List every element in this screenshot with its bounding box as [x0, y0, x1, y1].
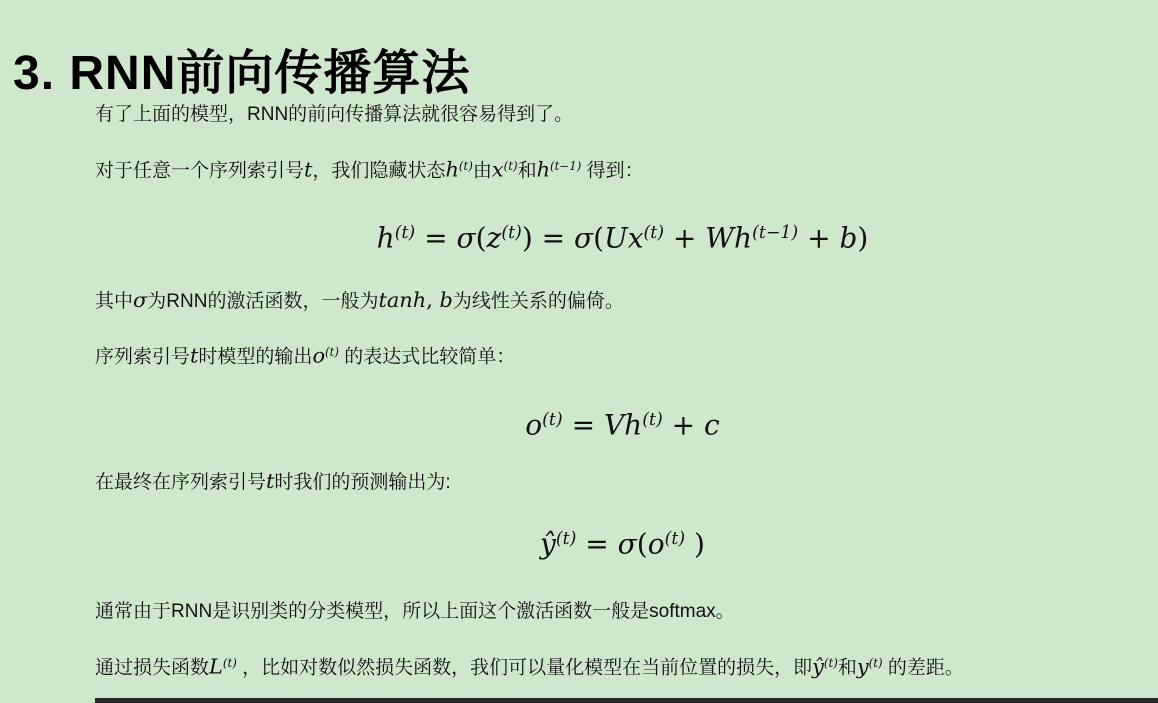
paragraph-hidden-state: 对于任意一个序列索引号t，我们隐藏状态h(t)由x(t)和h(t−1) 得到：: [95, 151, 1150, 186]
math-operator: +: [798, 222, 839, 255]
text-run: 为线性关系的偏倚。: [453, 291, 624, 312]
math-operator: +: [664, 222, 705, 255]
math-operator: (: [476, 222, 487, 255]
math-variable: b: [440, 288, 453, 312]
math-operator: (: [593, 222, 604, 255]
math-superscript: (t): [665, 529, 686, 549]
math-superscript: (t): [223, 656, 237, 670]
math-operator: =: [563, 409, 604, 442]
paragraph-activation: 其中σ为RNN的激活函数，一般为tanh, b为线性关系的偏倚。: [95, 285, 1150, 317]
text-run: 时模型的输出: [198, 346, 312, 367]
math-variable: Wh: [705, 222, 752, 255]
math-superscript: (t): [325, 345, 339, 359]
text-run: 和: [838, 657, 857, 678]
math-superscript: (t): [869, 656, 883, 670]
text-run: 对于任意一个序列索引号: [95, 160, 304, 181]
paragraph-intro: 有了上面的模型，RNN的前向传播算法就很容易得到了。: [95, 100, 1150, 130]
math-variable: σ: [574, 222, 593, 255]
math-operator: ,: [426, 288, 439, 312]
text-run: 的差距。: [883, 657, 964, 678]
math-superscript: (t−1): [550, 159, 581, 173]
math-superscript: (t): [824, 656, 838, 670]
math-operator: ): [857, 222, 868, 255]
text-run: 由: [473, 160, 492, 181]
math-variable: σ: [456, 222, 475, 255]
text-run: 得到：: [581, 160, 643, 181]
paragraph-softmax: 通常由于RNN是识别类的分类模型，所以上面这个激活函数一般是softmax。: [95, 597, 1150, 627]
math-superscript: (t): [556, 529, 577, 549]
math-variable: h: [445, 157, 458, 181]
text-run: 序列索引号: [95, 346, 190, 367]
math-superscript: (t): [395, 223, 416, 243]
math-variable: L: [209, 654, 223, 678]
math-variable: b: [839, 222, 857, 255]
math-variable: σ: [133, 288, 147, 312]
math-variable: o: [312, 343, 325, 367]
math-operator: (: [637, 528, 648, 561]
math-variable: h: [377, 222, 395, 255]
math-variable: ŷ: [812, 654, 824, 678]
bottom-divider: [95, 698, 1158, 703]
text-run: 和: [518, 160, 537, 181]
math-variable: Ux: [604, 222, 643, 255]
text-run: 通过损失函数: [95, 657, 209, 678]
text-run: 通常由于RNN是识别类的分类模型，所以上面这个激活函数一般是softmax。: [95, 601, 735, 622]
math-operator: =: [415, 222, 456, 255]
page-title: 3. RNN前向传播算法: [13, 34, 470, 103]
formula-output: o(t) = Vh(t) + c: [95, 400, 1150, 446]
text-run: 时我们的预测输出为:: [274, 472, 450, 493]
formula-hidden-state: h(t) = σ(z(t)) = σ(Ux(t) + Wh(t−1) + b): [95, 213, 1150, 259]
paragraph-output-intro: 序列索引号t时模型的输出o(t) 的表达式比较简单：: [95, 337, 1150, 372]
math-variable: c: [704, 409, 720, 442]
math-variable: Vh: [604, 409, 642, 442]
math-operator: +: [663, 409, 704, 442]
text-run: ，比如对数似然损失函数，我们可以量化模型在当前位置的损失，即: [237, 657, 812, 678]
math-variable: o: [525, 409, 542, 442]
text-run: 的表达式比较简单：: [339, 346, 515, 367]
math-variable: ŷ: [540, 528, 556, 561]
text-run: ，我们隐藏状态: [312, 160, 445, 181]
text-run: 其中: [95, 291, 133, 312]
math-superscript: (t): [542, 410, 563, 430]
text-run: 为RNN的激活函数，一般为: [147, 291, 378, 312]
math-variable: tanh: [378, 288, 426, 312]
math-operator: =: [576, 528, 617, 561]
paragraph-prediction-intro: 在最终在序列索引号t时我们的预测输出为:: [95, 466, 1150, 498]
text-run: 有了上面的模型，RNN的前向传播算法就很容易得到了。: [95, 104, 573, 125]
math-superscript: (t−1): [752, 223, 798, 243]
math-variable: o: [648, 528, 665, 561]
math-superscript: (t): [504, 159, 518, 173]
math-variable: x: [492, 157, 504, 181]
math-variable: y: [857, 654, 869, 678]
math-variable: h: [537, 157, 550, 181]
math-variable: z: [487, 222, 502, 255]
math-operator: ): [685, 528, 705, 561]
formula-prediction: ŷ(t) = σ(o(t) ): [95, 519, 1150, 565]
math-superscript: (t): [643, 223, 664, 243]
math-superscript: (t): [501, 223, 522, 243]
math-variable: σ: [618, 528, 637, 561]
math-operator: ) =: [522, 222, 574, 255]
math-superscript: (t): [459, 159, 473, 173]
article-page: { "page": { "bg_color": "#cfe7cc", "text…: [0, 0, 1158, 703]
paragraph-loss: 通过损失函数L(t) ，比如对数似然损失函数，我们可以量化模型在当前位置的损失，…: [95, 648, 1150, 683]
math-superscript: (t): [642, 410, 663, 430]
text-run: 在最终在序列索引号: [95, 472, 266, 493]
